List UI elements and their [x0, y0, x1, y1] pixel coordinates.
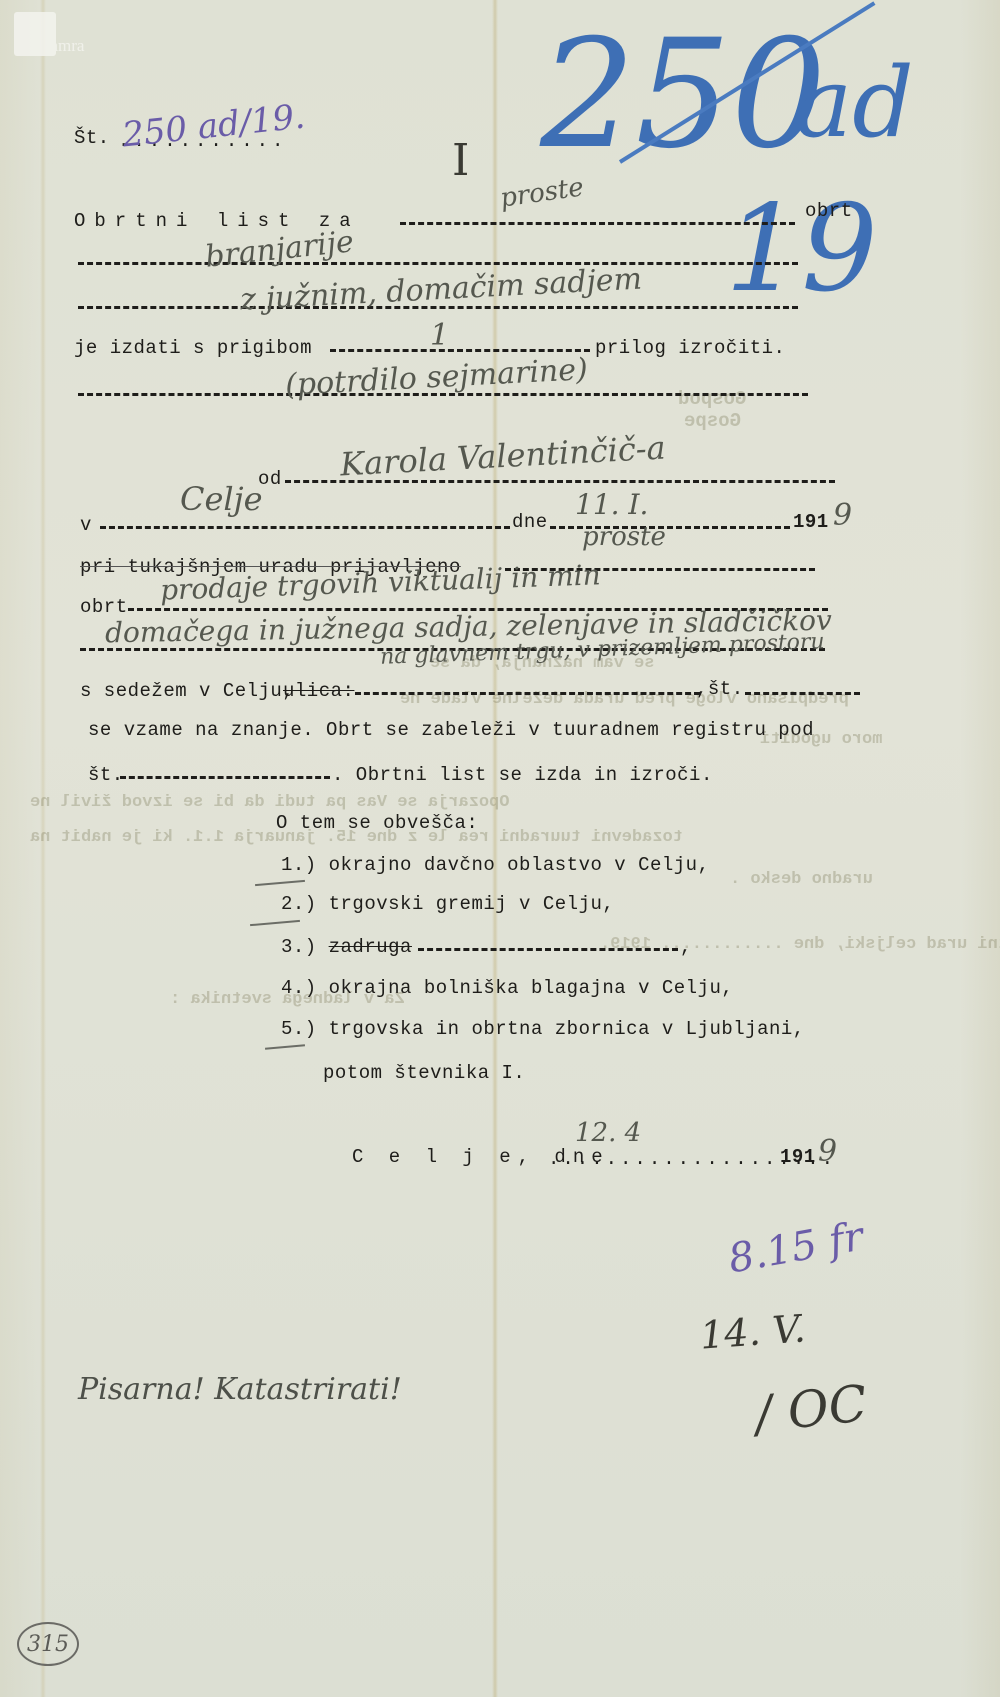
handwritten-attachment-count: 1 [430, 318, 449, 353]
archive-number-circle: 315 [17, 1622, 79, 1666]
signoff-year-printed: 191 [780, 1146, 816, 1168]
list-item-number: 4.) [281, 977, 317, 999]
pencil-tick-mark [265, 1044, 305, 1049]
list-item-text: zadruga [329, 936, 412, 958]
handwritten-trade-2: z južnim, domačim sadjem [239, 261, 642, 317]
issued-text: . Obrtni list se izda in izroči. [332, 764, 713, 786]
list-item: 4.) okrajna bolniška blagajna v Celju, [281, 977, 733, 999]
obrt-prefix: obrt [80, 596, 128, 618]
archive-number: 315 [27, 1632, 69, 1657]
handwritten-fee: 8.15 fr [725, 1214, 867, 1283]
handwritten-signoff-date: 12. 4 [575, 1118, 641, 1148]
handwritten-proste: proste [498, 172, 585, 213]
obrt-label: obrt [805, 200, 853, 222]
ghost-text: Mestni urad celjski, dne ............ 19… [600, 935, 1000, 954]
handwritten-date: 11. I. [575, 488, 648, 521]
handwritten-office-note: Pisarna! Katastrirati! [78, 1372, 402, 1407]
list-item-text: okrajna bolniška blagajna v Celju, [329, 977, 734, 999]
blue-pencil-fraction: 19 [725, 190, 878, 310]
blue-pencil-number: 250 [540, 20, 826, 170]
list-item-text: trgovska in obrtna zbornica v Ljubljani, [329, 1018, 805, 1040]
handwritten-sign-date: 14. V. [699, 1306, 807, 1357]
paper-fold-left [40, 0, 46, 1697]
list-item-number: 2.) [281, 893, 317, 915]
fill-line [745, 692, 860, 695]
handwritten-proste-2: proste [582, 522, 666, 552]
roman-marker: I [452, 135, 469, 186]
blue-pencil-suffix: ad [795, 55, 914, 151]
acknowledge-text: se vzame na znanje. Obrt se zabeleži v t… [88, 719, 814, 741]
seat-struck-text: ulica: [283, 680, 354, 702]
handwritten-place: Celje [180, 480, 263, 518]
list-item-number: 3.) [281, 936, 317, 958]
list-item: 2.) trgovski gremij v Celju, [281, 893, 614, 915]
dne-label: dne [512, 511, 548, 533]
kamra-watermark-logo: kamra [14, 12, 84, 56]
year-printed: 191 [793, 511, 829, 533]
notification-heading: O tem se obvešča: [276, 812, 478, 834]
fill-line [120, 776, 330, 779]
ghost-text: Gospe [684, 410, 741, 432]
list-item-number: 5.) [281, 1018, 317, 1040]
ghost-text: Gospod [678, 388, 746, 410]
v-label: v [80, 514, 92, 536]
register-number-label: št. [88, 764, 124, 786]
list-item-trailing: , [680, 936, 692, 958]
issue-prefix: je izdati s prigibom [74, 337, 312, 359]
fill-line [330, 349, 590, 352]
watermark-text: kamra [42, 36, 84, 56]
pencil-tick-mark [250, 920, 300, 926]
fill-line [355, 692, 700, 695]
list-item-number: 1.) [281, 854, 317, 876]
ghost-text: Opozarja se Vas pa tudi da bi se izvod ž… [30, 793, 509, 812]
handwritten-initials: / OC [752, 1374, 869, 1443]
fill-line [100, 526, 510, 529]
paper-fold [492, 0, 498, 1697]
fill-line [400, 222, 795, 225]
fill-line [78, 262, 798, 265]
list-item: 5.) trgovska in obrtna zbornica v Ljublj… [281, 1018, 805, 1040]
list-item: 1.) okrajno davčno oblastvo v Celju, [281, 854, 709, 876]
document-page: kamra Gospod Gospe se vam naznanja, da s… [0, 0, 1000, 1697]
st-label: ,št. [696, 678, 744, 700]
notification-footer: potom števnika I. [323, 1062, 525, 1084]
issue-suffix: prilog izročiti. [595, 337, 785, 359]
handwritten-holder-name: Karola Valentinčič-a [339, 429, 666, 484]
list-item-text: trgovski gremij v Celju, [329, 893, 615, 915]
pencil-tick-mark [255, 880, 305, 886]
ghost-text: uradno desko . [730, 870, 873, 889]
seat-label: s sedežem v Celju, [80, 680, 294, 702]
fill-line [285, 480, 835, 483]
handwritten-year-digit: 9 [833, 498, 852, 533]
fill-line [418, 948, 678, 951]
handwritten-signoff-year: 9 [818, 1134, 837, 1169]
list-item: 3.) zadruga [281, 936, 412, 958]
number-label: Št. [74, 127, 110, 149]
list-item-text: okrajno davčno oblastvo v Celju, [329, 854, 710, 876]
